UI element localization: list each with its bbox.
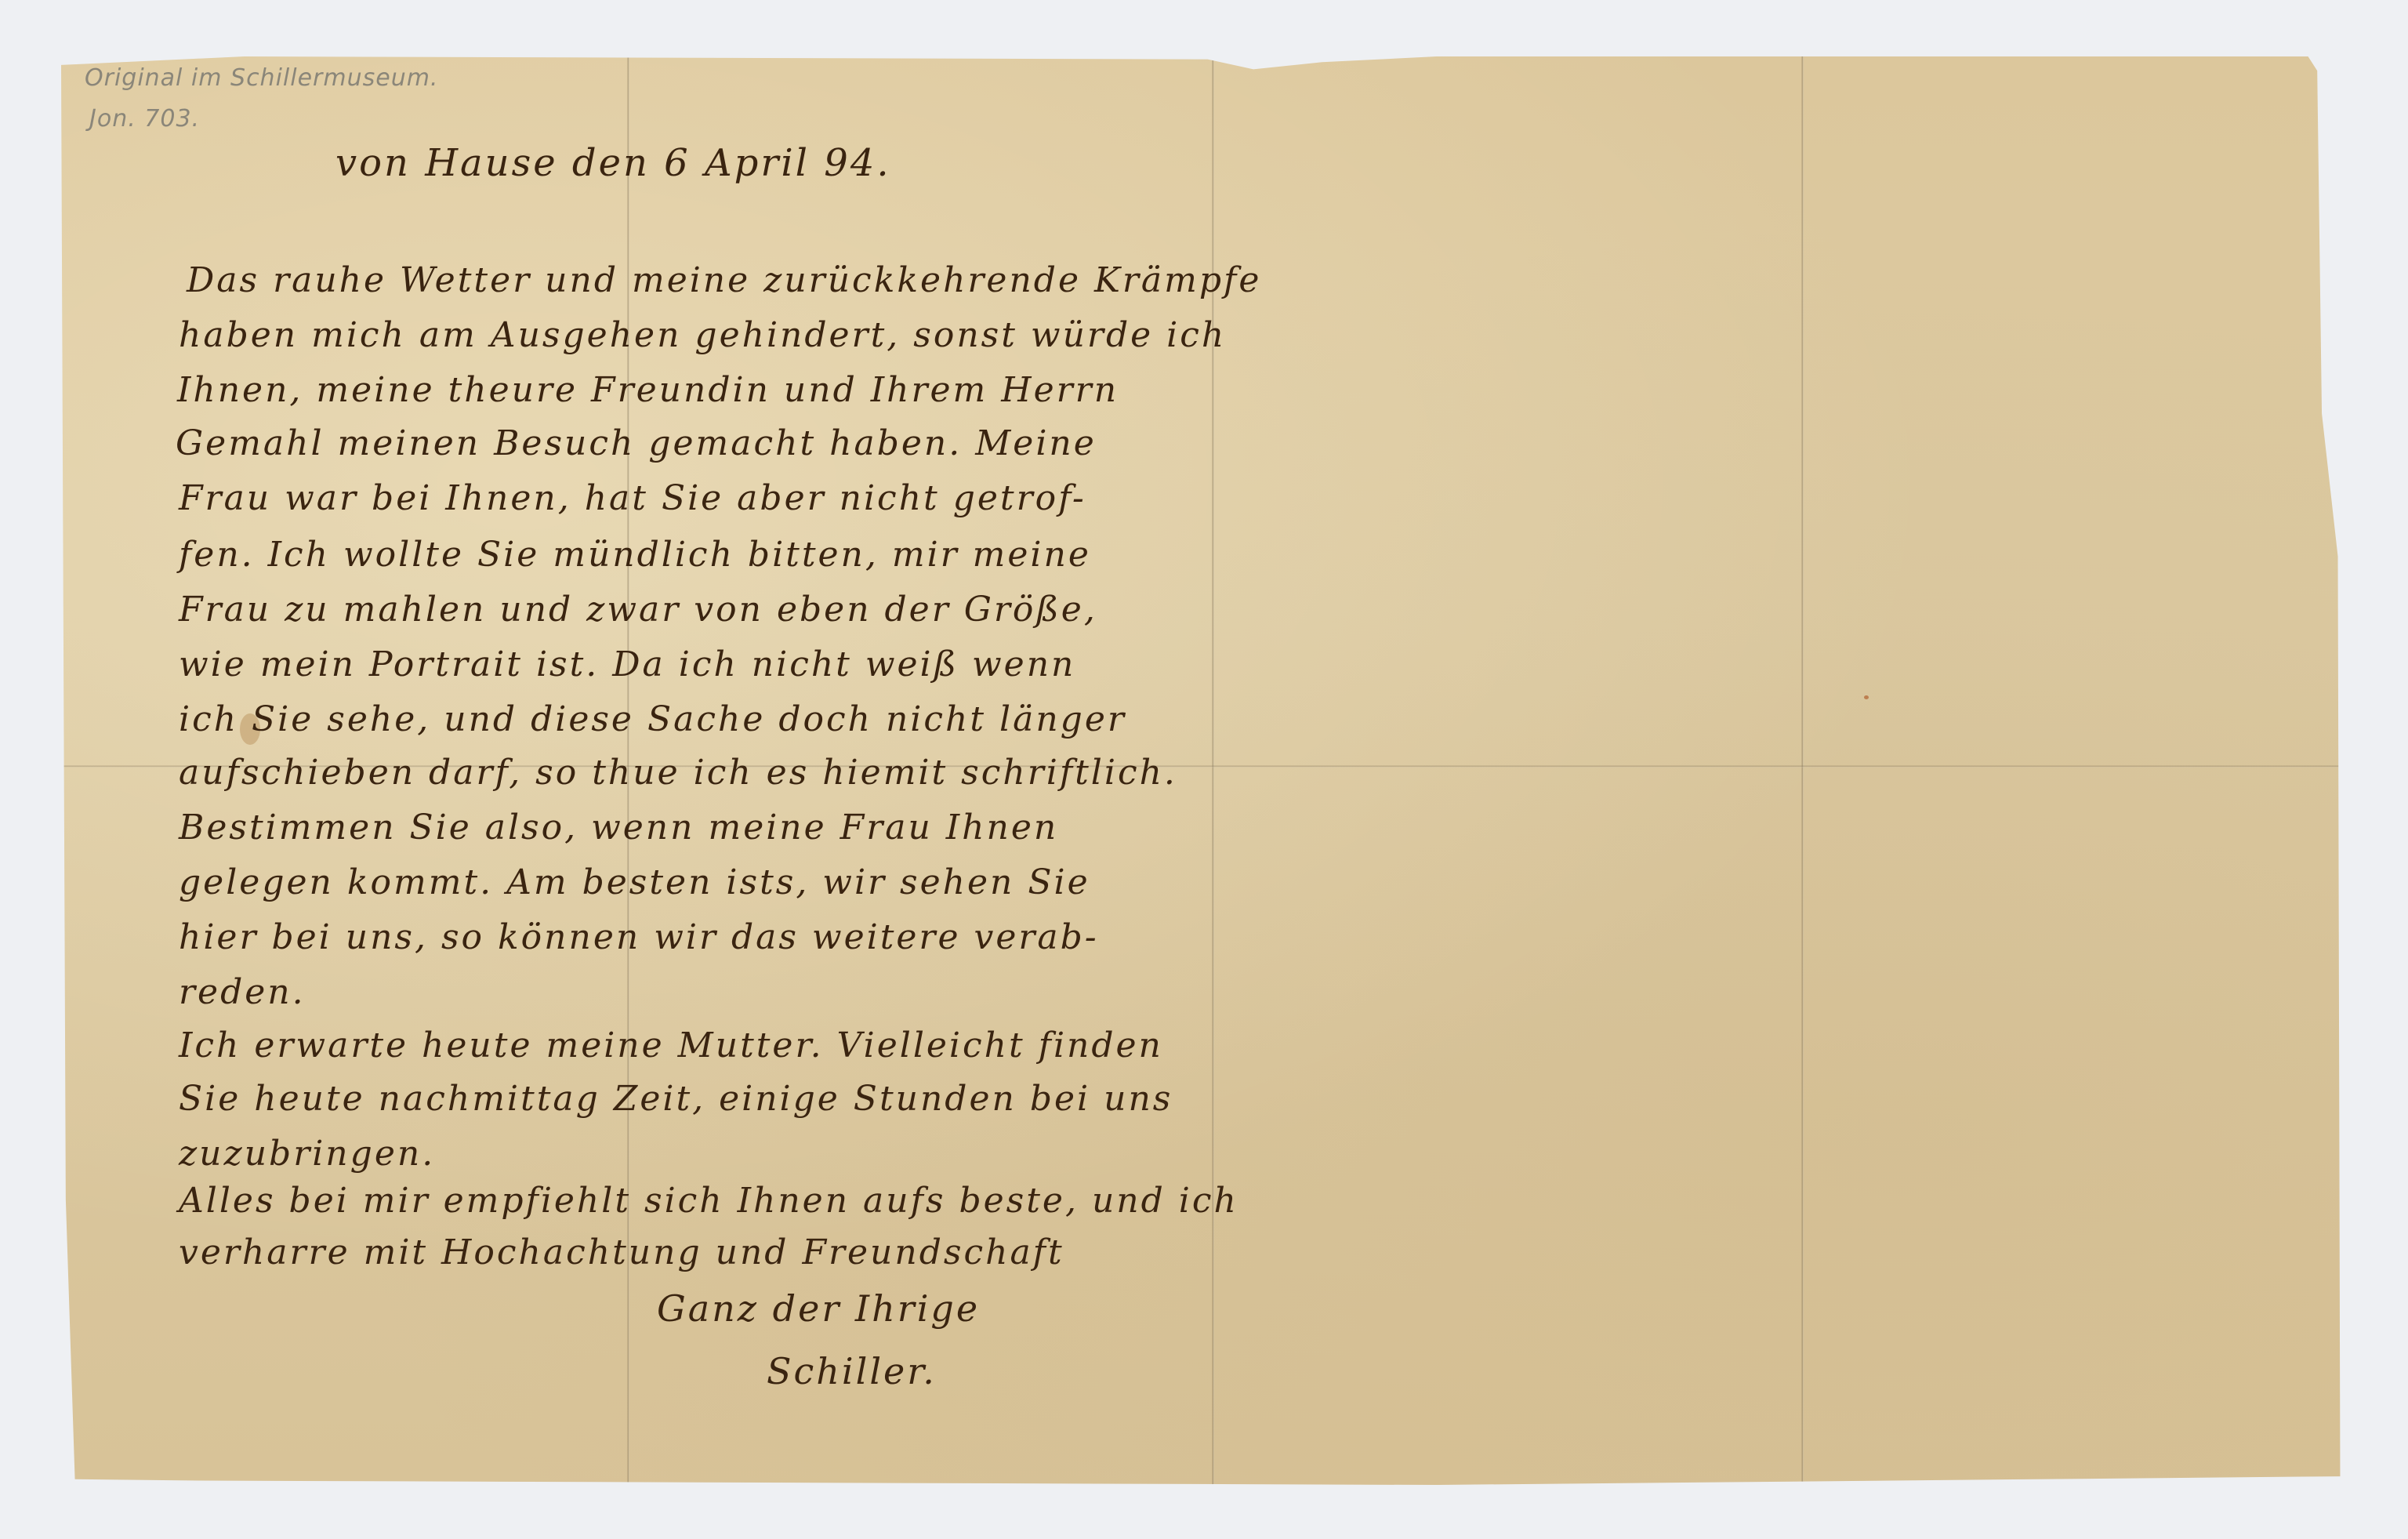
body-line: wie mein Portrait ist. Da ich nicht weiß… (179, 644, 1075, 684)
body-line: reden. (179, 972, 306, 1012)
body-line: Das rauhe Wetter und meine zurückkehrend… (187, 260, 1261, 300)
body-line: hier bei uns, so können wir das weitere … (179, 917, 1099, 957)
paper-speck (1864, 695, 1869, 699)
body-line: Alles bei mir empfiehlt sich Ihnen aufs … (179, 1181, 1238, 1221)
body-line: Frau zu mahlen und zwar von eben der Grö… (179, 590, 1097, 630)
archival-note-line1: Original im Schillermuseum. (85, 64, 438, 92)
archival-note-line2: Jon. 703. (89, 105, 200, 132)
signature: Schiller. (767, 1350, 937, 1392)
body-line: Frau war bei Ihnen, hat Sie aber nicht g… (179, 478, 1086, 518)
body-line: aufschieben darf, so thue ich es hiemit … (179, 753, 1177, 793)
body-line: verharre mit Hochachtung und Freundschaf… (179, 1232, 1064, 1272)
body-line: Ich erwarte heute meine Mutter. Vielleic… (179, 1025, 1163, 1065)
letter-sheet: Original im Schillermuseum. Jon. 703. vo… (61, 56, 2354, 1485)
body-line: Sie heute nachmittag Zeit, einige Stunde… (179, 1079, 1173, 1119)
body-line: Ihnen, meine theure Freundin und Ihrem H… (177, 370, 1119, 410)
body-line: zuzubringen. (179, 1134, 435, 1174)
body-line: ich Sie sehe, und diese Sache doch nicht… (179, 699, 1126, 739)
body-line: gelegen kommt. Am besten ists, wir sehen… (179, 862, 1090, 902)
dateline: von Hause den 6 April 94. (335, 141, 891, 185)
body-line: Bestimmen Sie also, wenn meine Frau Ihne… (179, 808, 1058, 848)
body-line: fen. Ich wollte Sie mündlich bitten, mir… (179, 535, 1091, 575)
body-line: haben mich am Ausgehen gehindert, sonst … (179, 315, 1226, 355)
fold-line-vertical-right (1801, 56, 1804, 1485)
closing: Ganz der Ihrige (657, 1287, 980, 1330)
body-line: Gemahl meinen Besuch gemacht haben. Mein… (176, 423, 1097, 463)
